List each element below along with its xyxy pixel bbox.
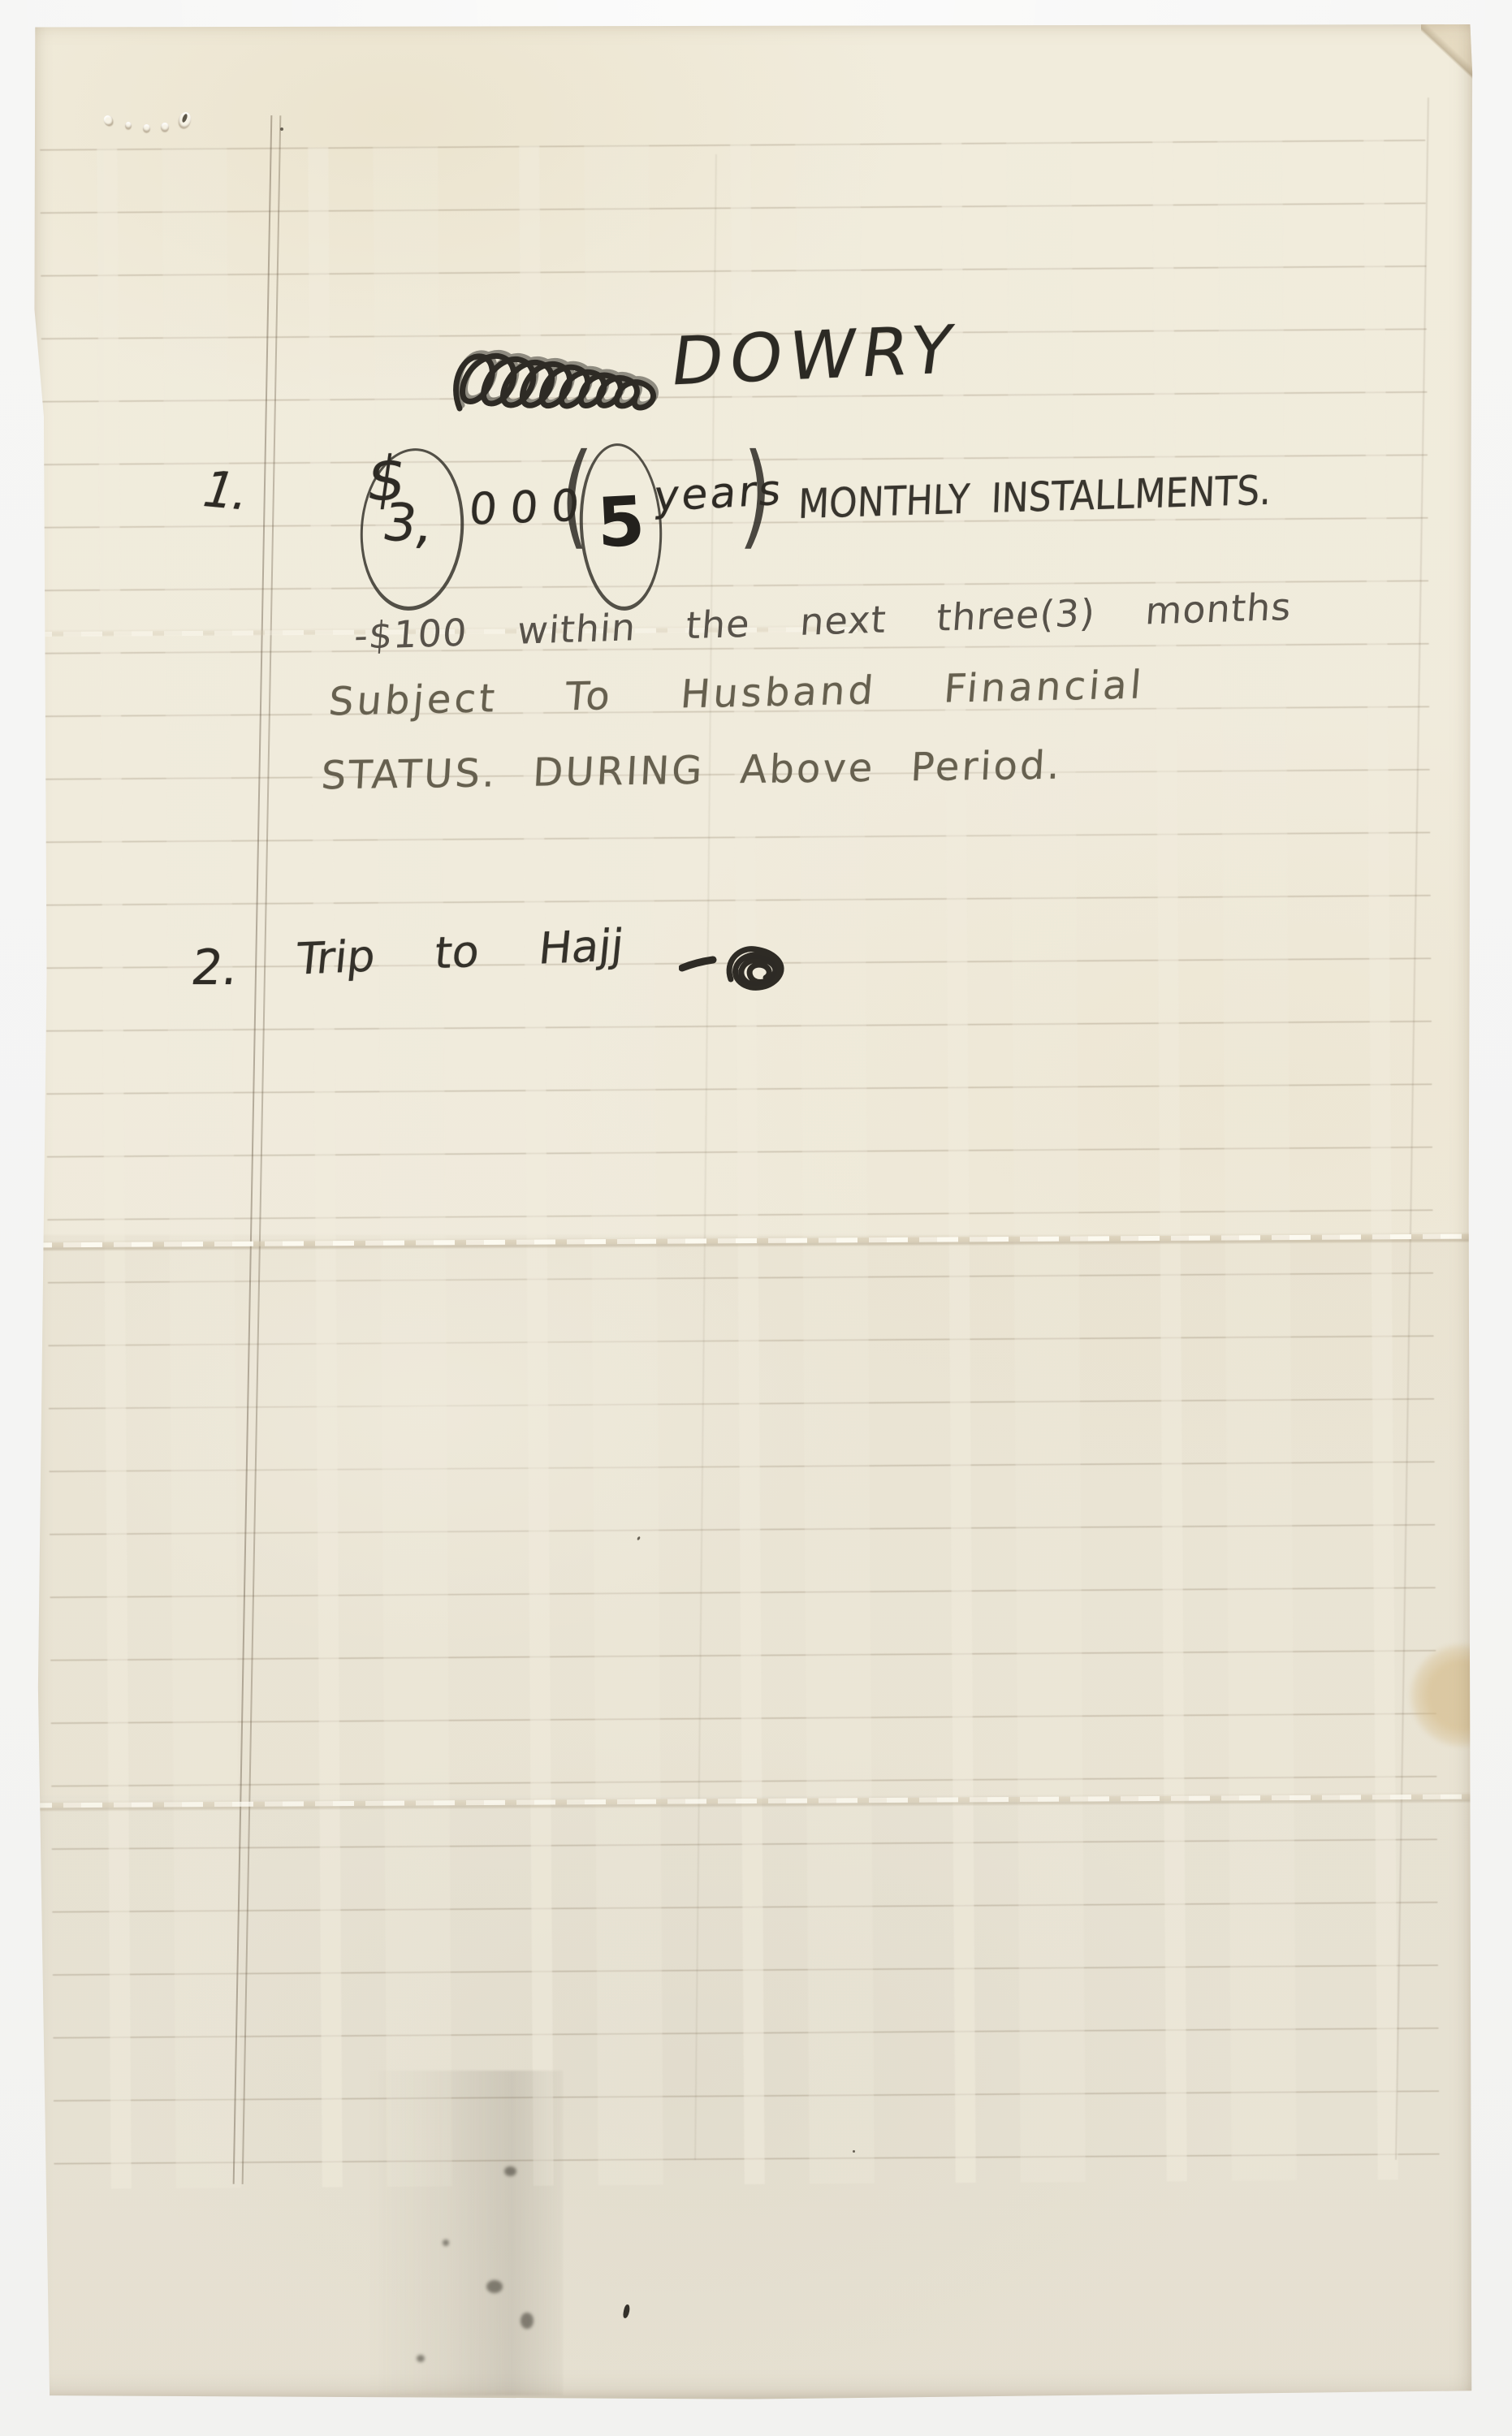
smudge-dot (443, 2239, 449, 2246)
staple-hole (125, 122, 132, 129)
ink-blot (623, 2304, 631, 2319)
smudge-band (368, 2071, 563, 2395)
scribble-blob-icon (679, 934, 801, 1007)
item-1-note-line-3: STATUS. DURING Above Period. (320, 746, 1063, 796)
scribbled-out-word-icon (447, 337, 666, 430)
scanned-document-page: DOWRY 1. $ 3, 000 ( 5 years ) MONTHLY IN… (0, 0, 1512, 2436)
item-1-circled-term: 5 (595, 486, 646, 557)
paper-speck (853, 2150, 855, 2153)
stain (1409, 1643, 1512, 1748)
item-2-number: 2. (188, 944, 242, 992)
smudge-dot (486, 2280, 503, 2293)
smudge-dot (504, 2166, 516, 2176)
document-title: DOWRY (667, 317, 962, 395)
staple-hole (161, 123, 169, 132)
staple-hole (102, 114, 115, 127)
item-1-circled-amount: 3, (379, 497, 438, 552)
ruled-lines (40, 140, 1439, 2189)
smudge-dot (521, 2313, 534, 2329)
folded-corner (1421, 24, 1473, 94)
staple-hole (143, 124, 150, 132)
paper-speck (280, 127, 283, 131)
item-1-close-paren: ) (738, 438, 774, 551)
smudge-dot (417, 2355, 425, 2362)
staple-marks (101, 101, 239, 159)
